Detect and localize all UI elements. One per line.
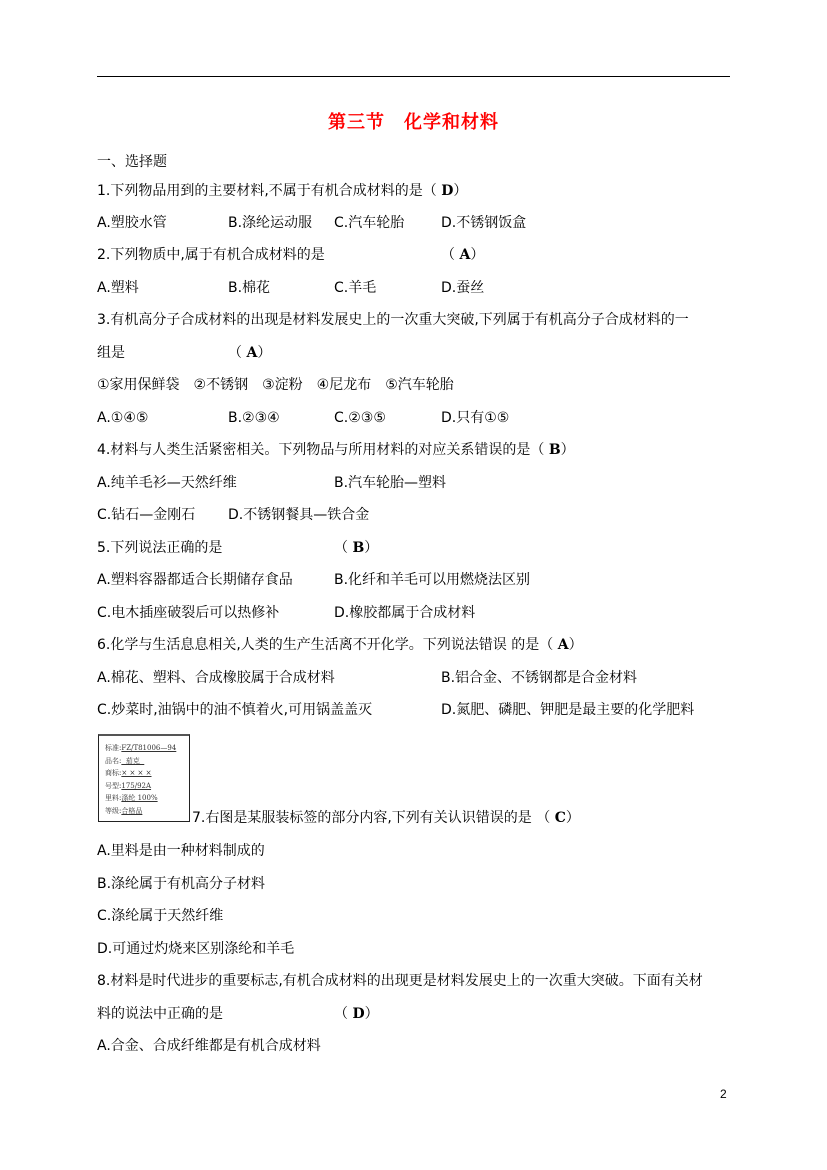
label-row-size: 号型:175/92A <box>105 780 189 793</box>
label-value: FZ/T81006—94 <box>121 744 176 752</box>
question-2-answer: （ A） <box>441 246 484 264</box>
question-3-stem-line-2: 组是 <box>97 344 125 362</box>
label-row-lining: 里料:涤纶 100% <box>105 792 189 805</box>
question-3-option-c: C.②③⑤ <box>334 409 386 427</box>
label-row-standard: 标准:FZ/T81006—94 <box>105 742 189 755</box>
label-value: 茄克 <box>121 757 144 765</box>
garment-label-image: 标准:FZ/T81006—94 品名: 茄克 商标:× × × × 号型:175… <box>98 734 190 822</box>
header-rule <box>97 76 730 77</box>
question-4-option-b: B.汽车轮胎—塑料 <box>334 474 446 492</box>
answer-paren: ） <box>257 345 271 361</box>
question-8-option-a: A.合金、合成纤维都是有机合成材料 <box>97 1037 321 1055</box>
question-5-option-c: C.电木插座破裂后可以热修补 <box>97 604 279 622</box>
question-7-option-b: B.涤纶属于有机高分子材料 <box>97 875 265 893</box>
question-5-answer: （ B） <box>334 539 378 557</box>
answer-paren: ） <box>566 810 580 826</box>
question-4-stem: 4.材料与人类生活紧密相关。下列物品与所用材料的对应关系错误的是（ B） <box>97 441 575 459</box>
answer-mark: C <box>555 810 566 826</box>
question-3-option-b: B.②③④ <box>228 409 280 427</box>
question-7-option-c: C.涤纶属于天然纤维 <box>97 907 223 925</box>
question-6-option-b: B.铝合金、不锈钢都是合金材料 <box>441 669 637 687</box>
question-5-stem: 5.下列说法正确的是 <box>97 539 222 557</box>
answer-mark: A <box>558 637 569 653</box>
answer-mark: D <box>441 183 453 199</box>
label-value: 合格品 <box>121 807 142 815</box>
question-6-stem: 6.化学与生活息息相关,人类的生产生活离不开化学。下列说法错误 的是（ A） <box>97 636 583 654</box>
question-3-items: ①家用保鲜袋 ②不锈钢 ③淀粉 ④尼龙布 ⑤汽车轮胎 <box>97 376 454 394</box>
question-6-option-c: C.炒菜时,油锅中的油不慎着火,可用锅盖盖灭 <box>97 701 372 719</box>
question-2-option-b: B.棉花 <box>228 279 270 297</box>
question-2-option-c: C.羊毛 <box>334 279 376 297</box>
label-key: 商标: <box>105 769 121 777</box>
answer-mark: A <box>459 247 470 263</box>
question-1-option-c: C.汽车轮胎 <box>334 214 404 232</box>
question-7-stem: 7.右图是某服装标签的部分内容,下列有关认识错误的是 （ C） <box>192 809 580 827</box>
question-4-option-c: C.钻石—金刚石 <box>97 506 195 524</box>
question-1-option-b: B.涤纶运动服 <box>228 214 312 232</box>
question-8-stem-line-2: 料的说法中正确的是 <box>97 1005 223 1023</box>
question-4-option-a: A.纯羊毛衫—天然纤维 <box>97 474 237 492</box>
answer-paren: ） <box>569 637 583 653</box>
question-stem-text: 7.右图是某服装标签的部分内容,下列有关认识错误的是 （ <box>192 810 555 826</box>
answer-mark: B <box>549 442 561 458</box>
answer-paren: ） <box>561 442 575 458</box>
page-title: 第三节 化学和材料 <box>0 108 827 134</box>
label-key: 品名: <box>105 757 121 765</box>
question-6-option-d: D.氮肥、磷肥、钾肥是最主要的化学肥料 <box>441 701 694 719</box>
question-2-stem: 2.下列物质中,属于有机合成材料的是 <box>97 246 325 264</box>
question-7-option-d: D.可通过灼烧来区别涤纶和羊毛 <box>97 940 294 958</box>
question-5-option-d: D.橡胶都属于合成材料 <box>334 604 475 622</box>
label-key: 号型: <box>105 782 121 790</box>
answer-paren: （ <box>228 345 246 361</box>
question-5-option-b: B.化纤和羊毛可以用燃烧法区别 <box>334 571 530 589</box>
answer-paren: （ <box>334 1006 352 1022</box>
document-page: 第三节 化学和材料 一、选择题 1.下列物品用到的主要材料,不属于有机合成材料的… <box>0 0 827 1170</box>
answer-mark: A <box>246 345 257 361</box>
question-5-option-a: A.塑料容器都适合长期储存食品 <box>97 571 293 589</box>
question-stem-text: 4.材料与人类生活紧密相关。下列物品与所用材料的对应关系错误的是（ <box>97 442 549 458</box>
question-3-answer: （ A） <box>228 344 271 362</box>
question-2-option-a: A.塑料 <box>97 279 139 297</box>
question-stem-text: 6.化学与生活息息相关,人类的生产生活离不开化学。下列说法错误 的是（ <box>97 637 558 653</box>
question-6-option-a: A.棉花、塑料、合成橡胶属于合成材料 <box>97 669 335 687</box>
question-2-option-d: D.蚕丝 <box>441 279 484 297</box>
section-heading: 一、选择题 <box>97 153 167 171</box>
question-stem-text: 1.下列物品用到的主要材料,不属于有机合成材料的是（ <box>97 183 441 199</box>
label-value: 175/92A <box>121 782 151 790</box>
page-number: 2 <box>720 1087 727 1101</box>
label-key: 标准: <box>105 744 121 752</box>
answer-paren: ） <box>364 540 378 556</box>
question-8-answer: （ D） <box>334 1005 379 1023</box>
answer-paren: （ <box>441 247 459 263</box>
question-1-option-a: A.塑胶水管 <box>97 214 167 232</box>
question-3-option-a: A.①④⑤ <box>97 409 148 427</box>
question-1-option-d: D.不锈钢饭盒 <box>441 214 526 232</box>
question-7-option-a: A.里料是由一种材料制成的 <box>97 842 265 860</box>
label-key: 等级: <box>105 807 121 815</box>
question-1-stem: 1.下列物品用到的主要材料,不属于有机合成材料的是（ D） <box>97 182 467 200</box>
label-value: 涤纶 100% <box>121 794 157 802</box>
label-row-brand: 商标:× × × × <box>105 767 189 780</box>
label-key: 里料: <box>105 794 121 802</box>
label-row-product-name: 品名: 茄克 <box>105 755 189 768</box>
answer-paren: ） <box>365 1006 379 1022</box>
answer-mark: B <box>352 540 364 556</box>
answer-mark: D <box>352 1006 364 1022</box>
answer-paren: ） <box>453 183 467 199</box>
question-3-stem-line-1: 3.有机高分子合成材料的出现是材料发展史上的一次重大突破,下列属于有机高分子合成… <box>97 311 689 329</box>
answer-paren: （ <box>334 540 352 556</box>
answer-paren: ） <box>470 247 484 263</box>
label-value: × × × × <box>121 769 151 777</box>
question-3-option-d: D.只有①⑤ <box>441 409 509 427</box>
question-8-stem-line-1: 8.材料是时代进步的重要标志,有机合成材料的出现更是材料发展史上的一次重大突破。… <box>97 972 703 990</box>
question-4-option-d: D.不锈钢餐具—铁合金 <box>228 506 369 524</box>
label-row-grade: 等级:合格品 <box>105 805 189 818</box>
